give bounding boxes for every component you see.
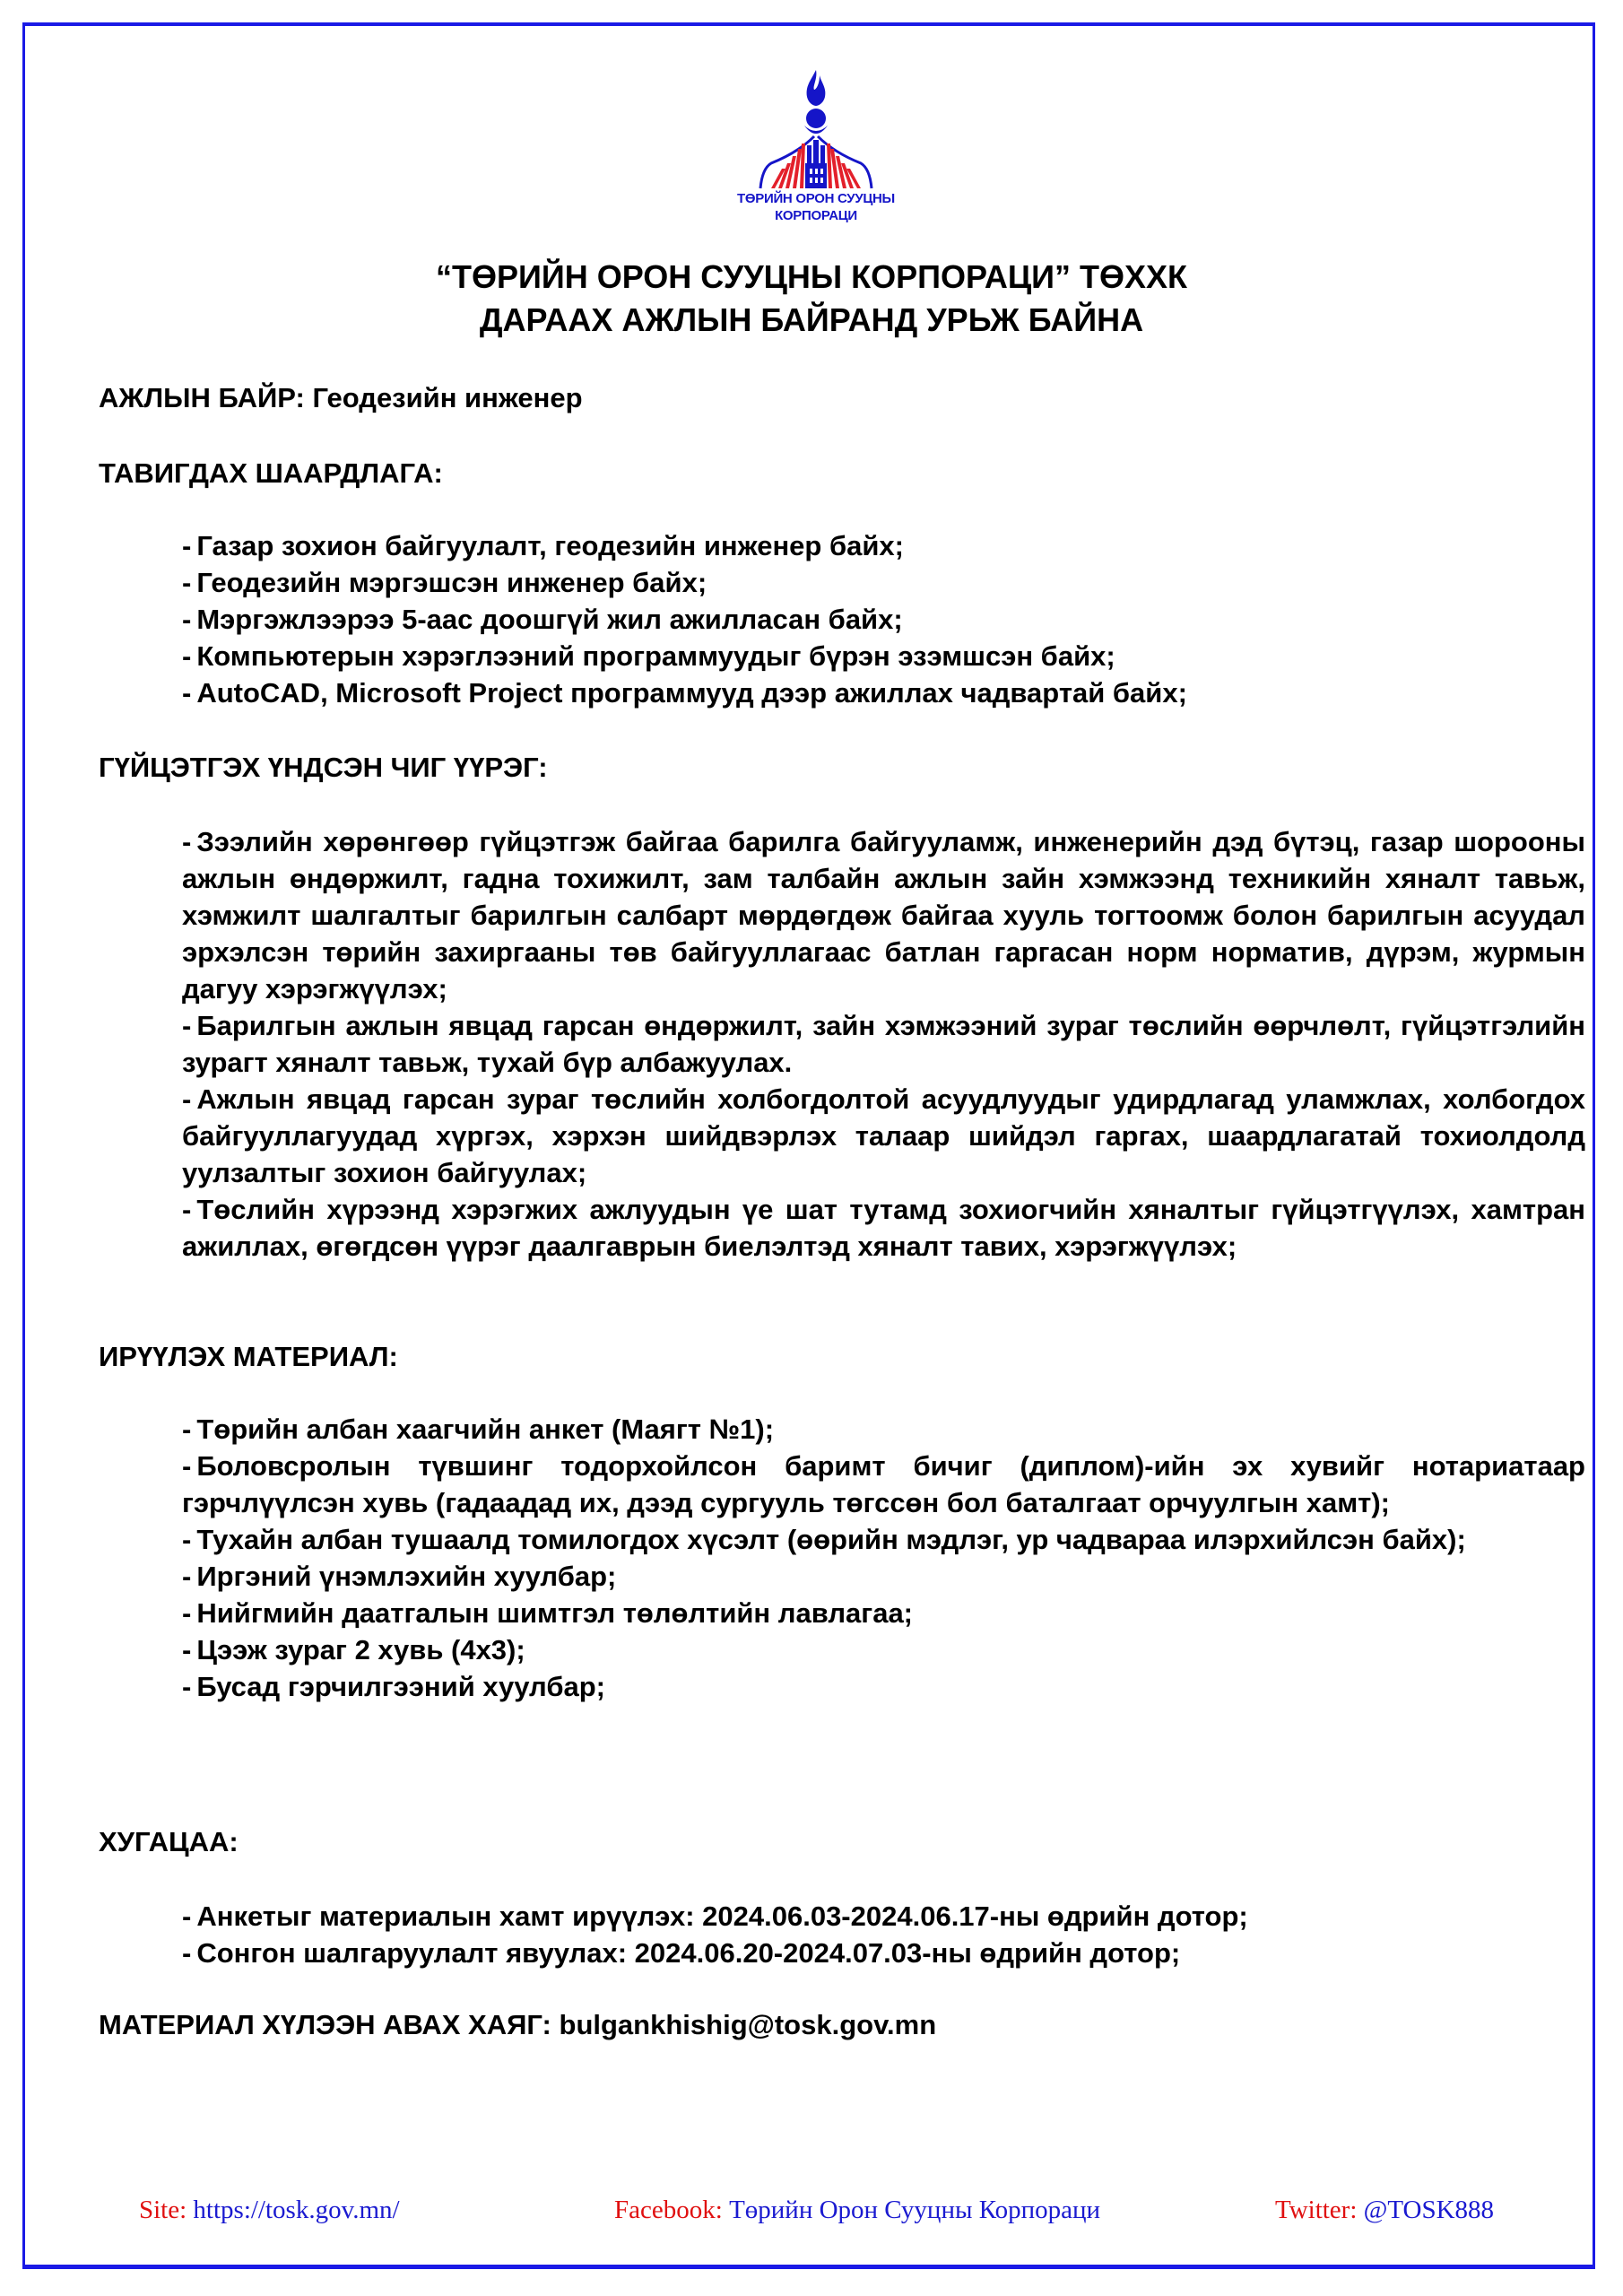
duties-list: -Зээлийн хөрөнгөөр гүйцэтгэж байгаа бари…	[182, 823, 1585, 1265]
list-item: -AutoCAD, Microsoft Project программууд …	[182, 674, 1585, 711]
logo-text-line2: КОРПОРАЦИ	[699, 207, 933, 224]
list-item: -Сонгон шалгаруулалт явуулах: 2024.06.20…	[182, 1935, 1585, 1971]
position-line: АЖЛЫН БАЙР: Геодезийн инженер	[99, 382, 583, 414]
footer-site-link[interactable]: https://tosk.gov.mn/	[193, 2196, 399, 2224]
list-item: -Зээлийн хөрөнгөөр гүйцэтгэж байгаа бари…	[182, 823, 1585, 1007]
list-item: -Газар зохион байгуулалт, геодезийн инже…	[182, 527, 1585, 564]
list-item: -Төслийн хүрээнд хэрэгжих ажлуудын үе ша…	[182, 1191, 1585, 1265]
page-title-line1: “ТӨРИЙН ОРОН СУУЦНЫ КОРПОРАЦИ” ТӨХХК	[0, 258, 1623, 296]
materials-list: -Төрийн албан хаагчийн анкет (Маягт №1);…	[182, 1411, 1585, 1705]
materials-heading: ИРҮҮЛЭХ МАТЕРИАЛ:	[99, 1341, 398, 1373]
contact-line: МАТЕРИАЛ ХҮЛЭЭН АВАХ ХАЯГ: bulgankhishig…	[99, 2009, 936, 2041]
list-item: -Бусад гэрчилгээний хуулбар;	[182, 1668, 1585, 1705]
list-item: -Төрийн албан хаагчийн анкет (Маягт №1);	[182, 1411, 1585, 1448]
list-item: -Нийгмийн даатгалын шимтгэл төлөлтийн ла…	[182, 1595, 1585, 1631]
list-item: -Компьютерын хэрэглээний программуудыг б…	[182, 638, 1585, 674]
footer-twitter-link[interactable]: @TOSK888	[1364, 2196, 1494, 2224]
deadline-list: -Анкетыг материалын хамт ирүүлэх: 2024.0…	[182, 1898, 1585, 1971]
footer-site: Site: https://tosk.gov.mn/	[139, 2196, 400, 2225]
page-title-line2: ДАРААХ АЖЛЫН БАЙРАНД УРЬЖ БАЙНА	[0, 301, 1623, 339]
list-item: -Анкетыг материалын хамт ирүүлэх: 2024.0…	[182, 1898, 1585, 1935]
list-item: -Тухайн албан тушаалд томилогдох хүсэлт …	[182, 1521, 1585, 1558]
footer-twitter: Twitter: @TOSK888	[1275, 2196, 1494, 2225]
contact-email-link[interactable]: bulgankhishig@tosk.gov.mn	[560, 2009, 937, 2040]
logo-text: ТӨРИЙН ОРОН СУУЦНЫ КОРПОРАЦИ	[699, 190, 933, 224]
requirements-list: -Газар зохион байгуулалт, геодезийн инже…	[182, 527, 1585, 711]
footer-site-label: Site:	[139, 2196, 187, 2224]
list-item: -Боловсролын түвшинг тодорхойлсон баримт…	[182, 1448, 1585, 1521]
footer-facebook-label: Facebook:	[614, 2196, 723, 2224]
position-value: Геодезийн инженер	[313, 382, 583, 413]
deadline-heading: ХУГАЦАА:	[99, 1826, 239, 1858]
footer-facebook: Facebook: Төрийн Орон Сууцны Корпораци	[614, 2196, 1100, 2225]
list-item: -Мэргэжлээрээ 5-аас доошгүй жил ажилласа…	[182, 601, 1585, 638]
list-item: -Цээж зураг 2 хувь (4x3);	[182, 1631, 1585, 1668]
list-item: -Ажлын явцад гарсан зураг төслийн холбог…	[182, 1081, 1585, 1191]
position-label: АЖЛЫН БАЙР:	[99, 382, 305, 413]
duties-heading: ГҮЙЦЭТГЭХ ҮНДСЭН ЧИГ ҮҮРЭГ:	[99, 752, 548, 784]
list-item: -Барилгын ажлын явцад гарсан өндөржилт, …	[182, 1007, 1585, 1081]
list-item: -Геодезийн мэргэшсэн инженер байх;	[182, 564, 1585, 601]
contact-label: МАТЕРИАЛ ХҮЛЭЭН АВАХ ХАЯГ:	[99, 2009, 551, 2040]
requirements-heading: ТАВИГДАХ ШААРДЛАГА:	[99, 457, 443, 490]
footer-twitter-label: Twitter:	[1275, 2196, 1357, 2224]
footer-facebook-link[interactable]: Төрийн Орон Сууцны Корпораци	[729, 2196, 1100, 2224]
logo-text-line1: ТӨРИЙН ОРОН СУУЦНЫ	[699, 190, 933, 207]
list-item: -Иргэний үнэмлэхийн хуулбар;	[182, 1558, 1585, 1595]
